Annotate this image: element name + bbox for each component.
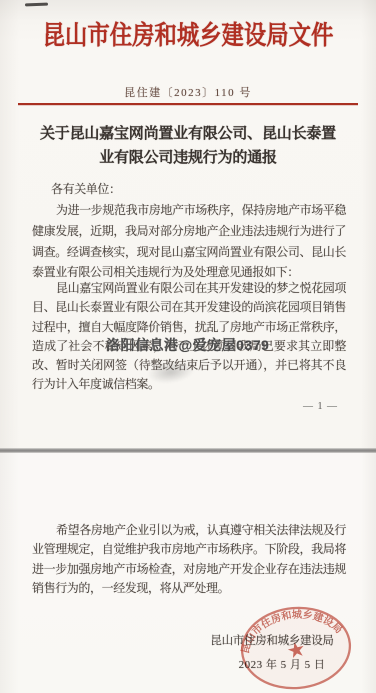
page-number: — 1 —: [303, 401, 338, 412]
header-red-rule: [18, 103, 358, 105]
photo-watermark: 洛阳信息港@爱宠屋0379: [106, 335, 269, 355]
document-title: 关于昆山嘉宝网尚置业有限公司、昆山长泰置业有限公司违规行为的通报: [34, 122, 342, 170]
scan-artifact-dash: [25, 3, 48, 7]
agency-title-text: 昆山市住房和城乡建设局文件: [43, 15, 334, 52]
document-number: 昆住建〔2023〕110 号: [0, 84, 376, 100]
paragraph-warning: 希望各房地产企业引以为戒，认真遵守相关法律法规及行业管理规定，自觉维护我市房地产…: [32, 521, 346, 599]
scanned-official-document: 昆山市住房和城乡建设局文件 昆住建〔2023〕110 号 关于昆山嘉宝网尚置业有…: [0, 0, 376, 693]
salutation: 各有关单位：: [51, 180, 121, 197]
official-red-seal: 昆山市住房和城乡建设局 ★: [233, 599, 358, 693]
paragraph-intro: 为进一步规范我市房地产市场秩序，保持房地产市场平稳健康发展，近期，我局对部分房地…: [32, 200, 346, 283]
document-header-agency: 昆山市住房和城乡建设局文件: [0, 15, 376, 52]
